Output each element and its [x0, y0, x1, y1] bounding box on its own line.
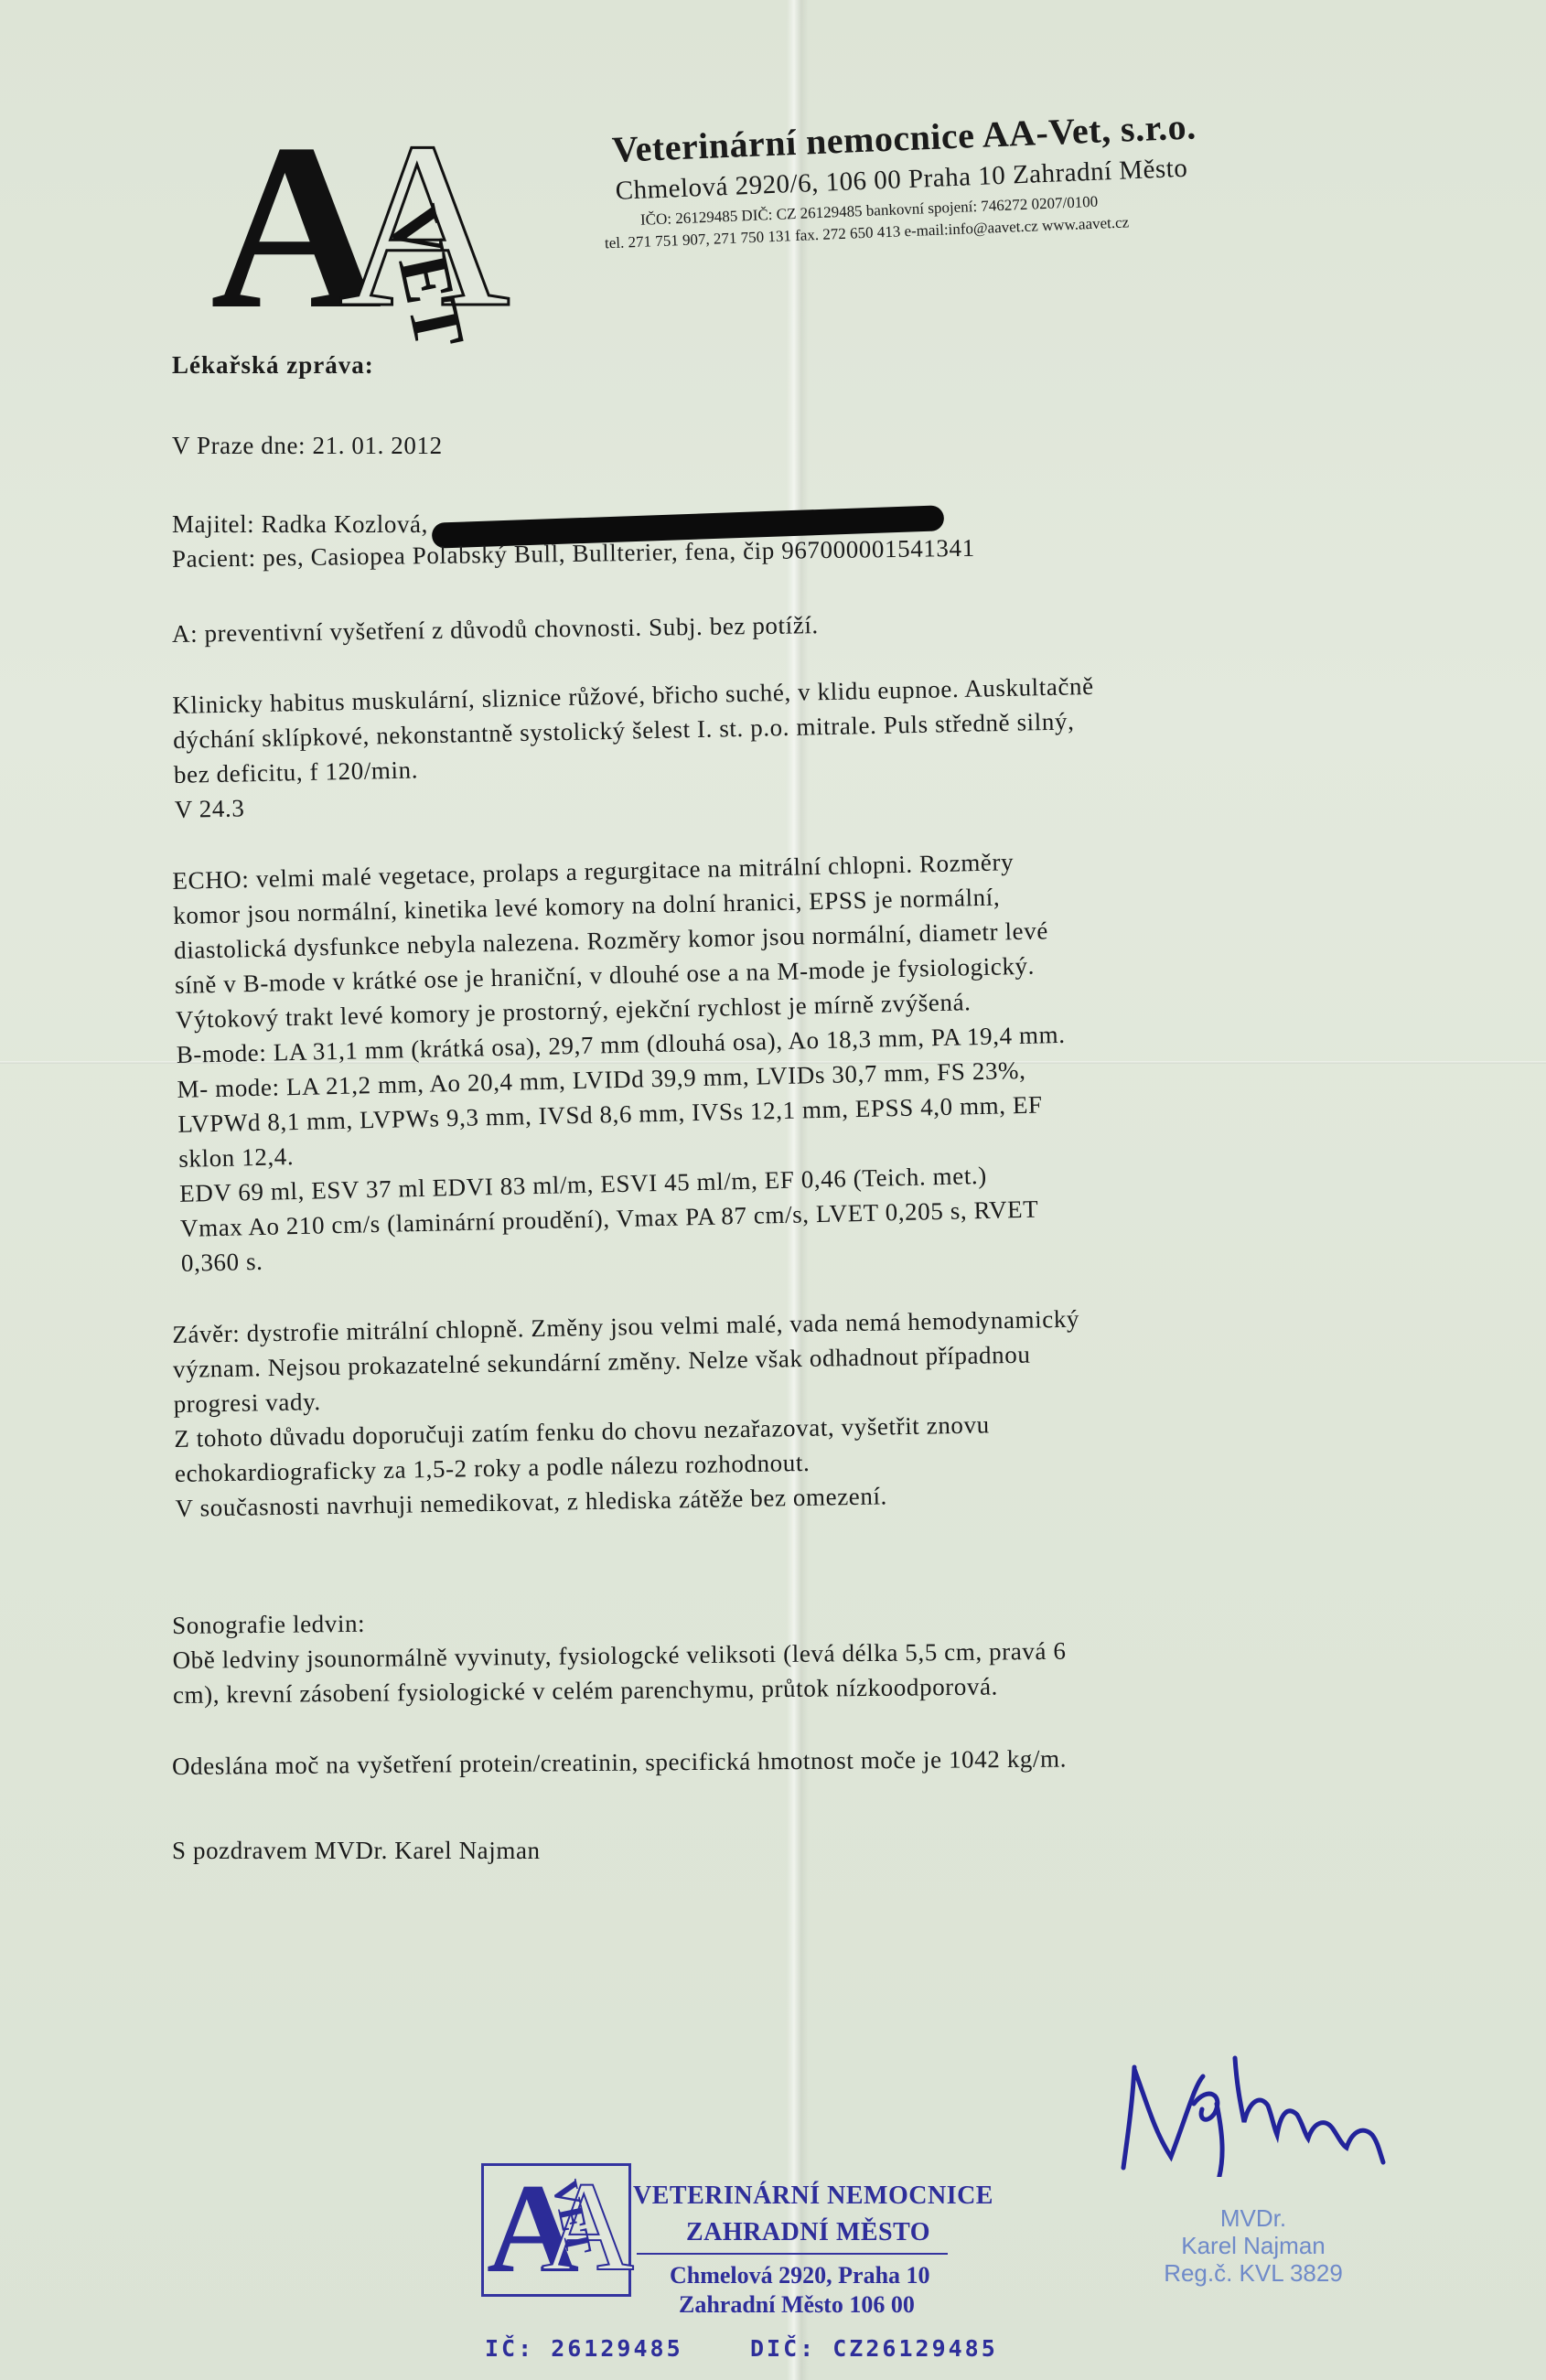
closing-line: S pozdravem MVDr. Karel Najman	[172, 1833, 1453, 1868]
hospital-stamp: A A VET VETERINÁRNÍ NEMOCNICE ZAHRADNÍ M…	[476, 2145, 1025, 2346]
doctor-registration: Reg.č. KVL 3829	[1134, 2259, 1372, 2287]
stamp-line-2: ZAHRADNÍ MĚSTO	[686, 2218, 930, 2247]
aavet-logo: A A VET	[201, 126, 540, 327]
report-date: V Praze dne: 21. 01. 2012	[172, 428, 1453, 463]
doctor-stamp: MVDr. Karel Najman Reg.č. KVL 3829	[1134, 2204, 1372, 2287]
kidney-sonography-section: Sonografie ledvin: Obě ledviny jsounormá…	[172, 1594, 1454, 1712]
doctor-title: MVDr.	[1134, 2204, 1372, 2232]
echo-section: ECHO: velmi malé vegetace, prolaps a reg…	[172, 834, 1462, 1281]
doctor-name: Karel Najman	[1134, 2232, 1372, 2259]
stamp-address-1: Chmelová 2920, Praha 10	[670, 2262, 930, 2289]
stamp-divider	[637, 2253, 948, 2255]
owner-label: Majitel: Radka Kozlová,	[172, 510, 428, 538]
stamp-line-1: VETERINÁRNÍ NEMOCNICE	[633, 2182, 993, 2211]
stamp-ic: IČ: 26129485	[485, 2335, 683, 2362]
stamp-dic: DIČ: CZ26129485	[750, 2335, 998, 2362]
report-body: Lékařská zpráva: V Praze dne: 21. 01. 20…	[172, 348, 1453, 1868]
report-title: Lékařská zpráva:	[172, 348, 1453, 382]
stamp-address-2: Zahradní Město 106 00	[679, 2291, 915, 2319]
handwritten-signature	[1107, 2049, 1418, 2177]
conclusion-section: Závěr: dystrofie mitrální chlopně. Změny…	[172, 1295, 1456, 1526]
clinical-section: Klinicky habitus muskulární, sliznice rů…	[172, 661, 1455, 827]
